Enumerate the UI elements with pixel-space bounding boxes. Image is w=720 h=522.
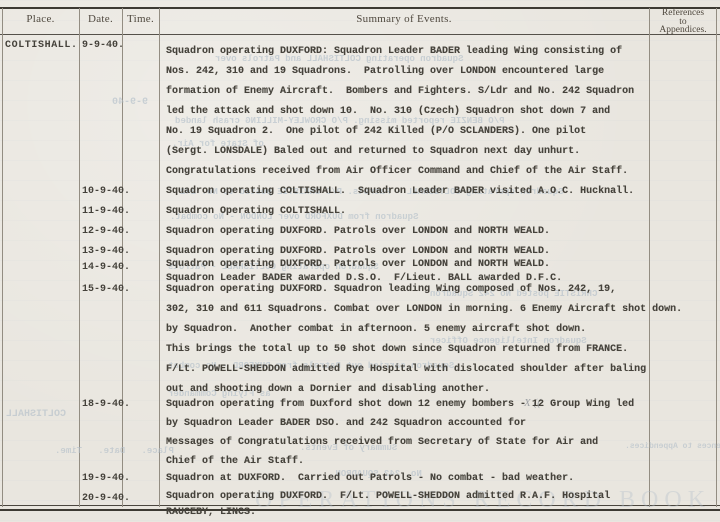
summary-cell: Squadron operating COLTISHALL. Squadron … — [166, 182, 720, 202]
log-entry: 12-9-40.Squadron operating DUXFORD. Patr… — [0, 222, 720, 242]
summary-line: Squadron Operating COLTISHALL. — [166, 202, 720, 222]
summary-cell: Squadron operating DUXFORD: Squadron Lea… — [166, 42, 720, 182]
log-entry: 18-9-40.Squadron operating from Duxford … — [0, 395, 720, 471]
summary-cell: Squadron Operating COLTISHALL. — [166, 202, 720, 222]
log-entry: 11-9-40.Squadron Operating COLTISHALL. — [0, 202, 720, 222]
summary-cell: Squadron operating DUXFORD. Patrols over… — [166, 222, 720, 242]
summary-line: formation of Enemy Aircraft. Bombers and… — [166, 82, 720, 102]
date-cell: 12-9-40. — [82, 222, 130, 242]
header-separator-line — [0, 34, 720, 35]
column-header-summary: Summary of Events. — [159, 13, 649, 25]
summary-cell: Squadron at DUXFORD. Carried out Patrols… — [166, 469, 720, 489]
summary-cell: Squadron operating DUXFORD. Squadron lea… — [166, 280, 720, 400]
summary-line: Squadron operating DUXFORD. Patrols over… — [166, 222, 720, 242]
log-entry: 10-9-40.Squadron operating COLTISHALL. S… — [0, 182, 720, 202]
place-cell: COLTISHALL. — [5, 36, 78, 56]
summary-line: Squadron operating DUXFORD. Patrols over… — [166, 258, 720, 272]
log-entry: 19-9-40.Squadron at DUXFORD. Carried out… — [0, 469, 720, 489]
summary-line: 302, 310 and 611 Squadrons. Combat over … — [166, 300, 720, 320]
date-cell: 14-9-40. — [82, 258, 130, 278]
summary-cell: Squadron operating from Duxford shot dow… — [166, 395, 720, 471]
summary-line: Squadron operating DUXFORD. Squadron lea… — [166, 280, 720, 300]
table-border-top — [0, 7, 720, 9]
summary-line: led the attack and shot down 10. No. 310… — [166, 102, 720, 122]
summary-line: F/Lt. POWELL-SHEDDON admitted Rye Hospit… — [166, 360, 720, 380]
entries: COLTISHALL.9-9-40.Squadron operating DUX… — [0, 36, 720, 521]
summary-line: Squadron operating DUXFORD: Squadron Lea… — [166, 42, 720, 62]
summary-line: (Sergt. LONSDALE) Baled out and returned… — [166, 142, 720, 162]
date-cell: 15-9-40. — [82, 280, 130, 300]
column-header-references: References to Appendices. — [650, 9, 716, 35]
date-cell: 20-9-40. — [82, 489, 130, 509]
summary-cell: Squadron operating DUXFORD. F/Lt. POWELL… — [166, 489, 720, 521]
summary-line: Squadron operating DUXFORD. F/Lt. POWELL… — [166, 489, 720, 505]
summary-line: Messages of Congratulations received fro… — [166, 433, 720, 452]
summary-line: No. 19 Squadron 2. One pilot of 242 Kill… — [166, 122, 720, 142]
date-cell: 11-9-40. — [82, 202, 130, 222]
date-cell: 9-9-40. — [82, 36, 124, 56]
date-cell: 19-9-40. — [82, 469, 130, 489]
summary-line: by Squadron Leader BADER DSO. and 242 Sq… — [166, 414, 720, 433]
date-cell: 10-9-40. — [82, 182, 130, 202]
operations-record-book-page: Place. Date. Time. Summary of Events. Re… — [0, 0, 720, 522]
log-entry: COLTISHALL.9-9-40.Squadron operating DUX… — [0, 36, 720, 182]
column-header-date: Date. — [79, 13, 122, 25]
column-header-place: Place. — [2, 13, 79, 25]
log-entry: 20-9-40.Squadron operating DUXFORD. F/Lt… — [0, 489, 720, 521]
references-header-line: Appendices. — [650, 26, 716, 35]
summary-line: RAUCEBY, LINCS. — [166, 505, 720, 521]
summary-line: This brings the total up to 50 shot down… — [166, 340, 720, 360]
summary-line: by Squadron. Another combat in afternoon… — [166, 320, 720, 340]
summary-line: Nos. 242, 310 and 19 Squadrons. Patrolli… — [166, 62, 720, 82]
summary-line: Congratulations received from Air Office… — [166, 162, 720, 182]
summary-line: Squadron at DUXFORD. Carried out Patrols… — [166, 469, 720, 489]
log-entry: 15-9-40.Squadron operating DUXFORD. Squa… — [0, 280, 720, 400]
date-cell: 18-9-40. — [82, 395, 130, 415]
summary-line: Squadron operating from Duxford shot dow… — [166, 395, 720, 414]
summary-line: Squadron operating COLTISHALL. Squadron … — [166, 182, 720, 202]
column-header-time: Time. — [122, 13, 159, 25]
